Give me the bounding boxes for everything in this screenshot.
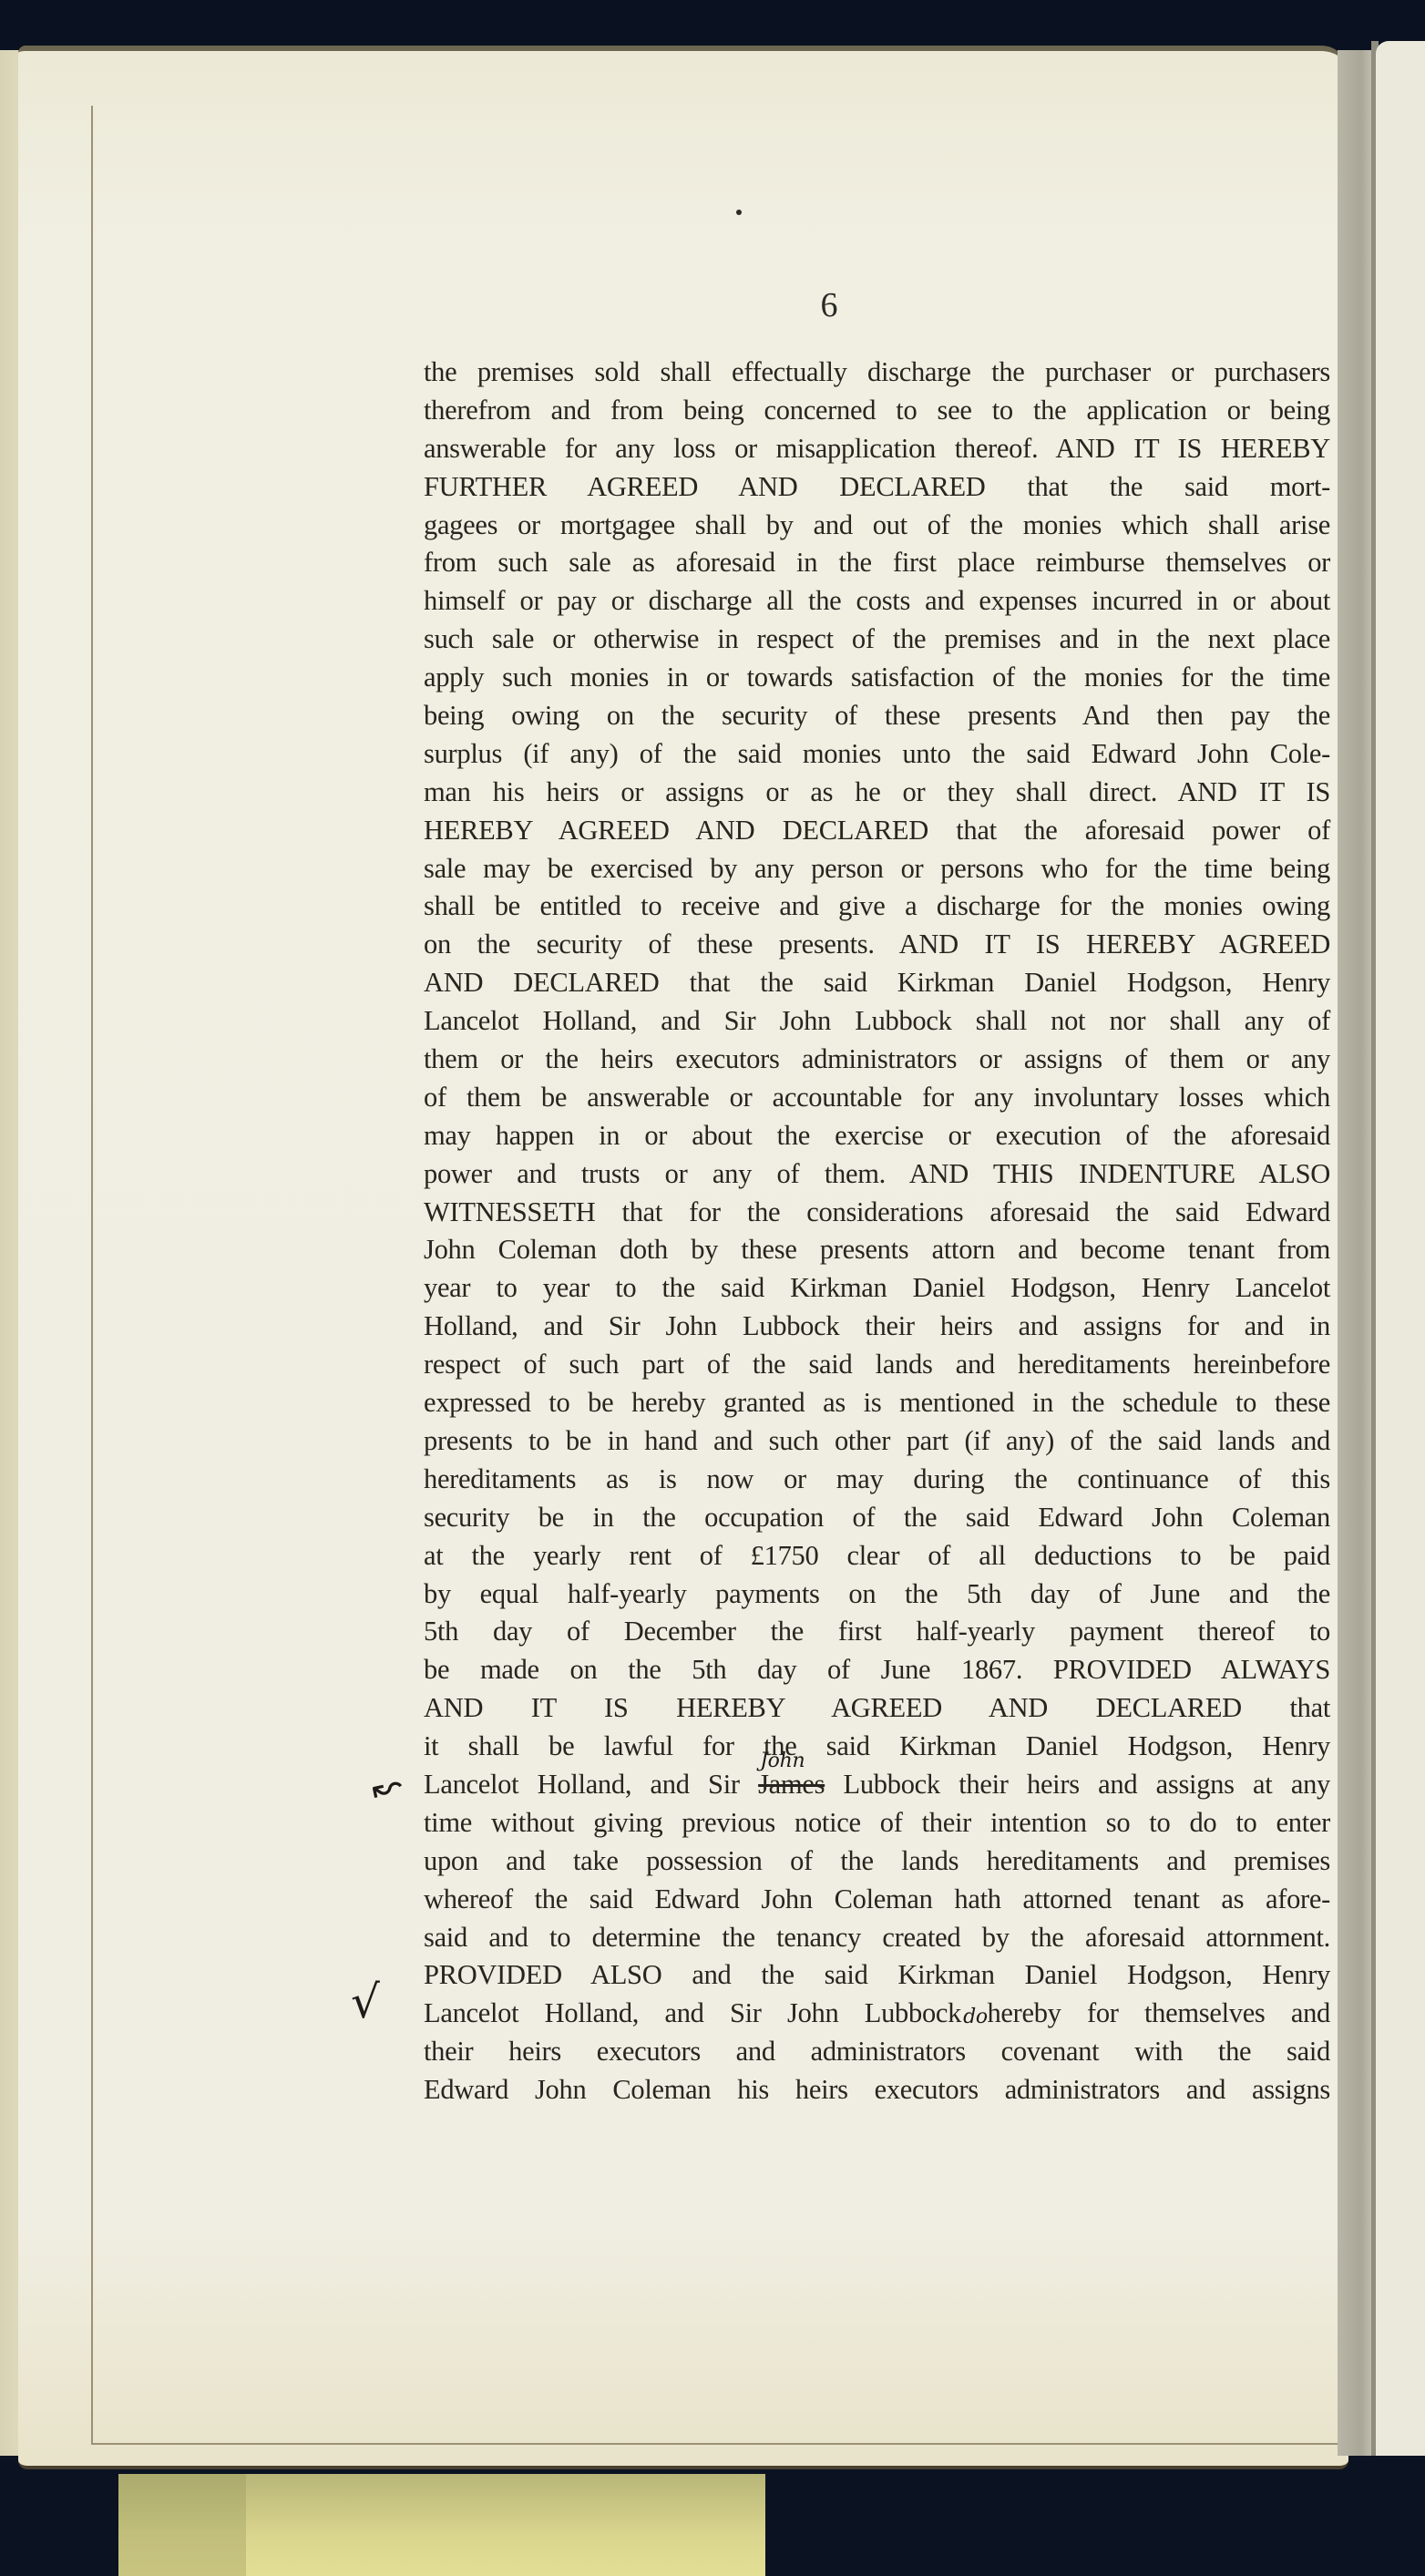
- inserted-word: John: [760, 1742, 805, 1781]
- text-line: Edward John Coleman his heirs executors …: [424, 2071, 1330, 2109]
- text-line: upon and take possession of the lands he…: [424, 1842, 1330, 1881]
- text-line: such sale or otherwise in respect of the…: [424, 621, 1330, 659]
- text-line: expressed to be hereby granted as is men…: [424, 1384, 1330, 1422]
- handwritten-correction: JohnJames: [758, 1766, 825, 1804]
- amended-line-before: Lancelot Holland, and Sir: [424, 1769, 758, 1800]
- inserted-word: do: [963, 1998, 988, 2037]
- book-gutter: [1338, 50, 1376, 2456]
- amended-line-after: Lubbock their heirs and assigns at any: [825, 1769, 1330, 1800]
- text-line: on the security of these presents. AND I…: [424, 926, 1330, 964]
- text-line: it shall be lawful for the said Kirkman …: [424, 1728, 1330, 1766]
- text-line: shall be entitled to receive and give a …: [424, 888, 1330, 926]
- text-line: their heirs executors and administrators…: [424, 2033, 1330, 2071]
- text-line: WITNESSETH that for the considerations a…: [424, 1194, 1330, 1232]
- amended-line-after: hereby for themselves and: [961, 1997, 1330, 2028]
- text-line: said and to determine the tenancy create…: [424, 1919, 1330, 1957]
- facing-page-edge: [1376, 41, 1425, 2456]
- text-line: answerable for any loss or misapplicatio…: [424, 430, 1330, 468]
- text-line: himself or pay or discharge all the cost…: [424, 582, 1330, 621]
- text-line: respect of such part of the said lands a…: [424, 1346, 1330, 1384]
- text-line: hereditaments as is now or may during th…: [424, 1461, 1330, 1499]
- page-number: 6: [811, 285, 847, 325]
- text-line: John Coleman doth by these presents atto…: [424, 1231, 1330, 1269]
- text-line: whereof the said Edward John Coleman hat…: [424, 1881, 1330, 1919]
- text-line: AND IT IS HEREBY AGREED AND DECLARED tha…: [424, 1689, 1330, 1728]
- text-line: therefrom and from being concerned to se…: [424, 392, 1330, 430]
- text-line: HEREBY AGREED AND DECLARED that the afor…: [424, 812, 1330, 850]
- text-line: time without giving previous notice of t…: [424, 1804, 1330, 1842]
- text-line: by equal half-yearly payments on the 5th…: [424, 1575, 1330, 1614]
- ink-spot: [736, 210, 742, 215]
- text-line: 5th day of December the first half-yearl…: [424, 1613, 1330, 1651]
- text-line: of them be answerable or accountable for…: [424, 1079, 1330, 1117]
- yellow-paper-slip: [118, 2474, 765, 2576]
- text-line: AND DECLARED that the said Kirkman Danie…: [424, 964, 1330, 1002]
- text-line: apply such monies in or towards satisfac…: [424, 659, 1330, 697]
- text-line: PROVIDED ALSO and the said Kirkman Danie…: [424, 1956, 1330, 1995]
- text-line: from such sale as aforesaid in the first…: [424, 544, 1330, 582]
- text-line: be made on the 5th day of June 1867. PRO…: [424, 1651, 1330, 1689]
- text-line: year to year to the said Kirkman Daniel …: [424, 1269, 1330, 1308]
- text-line: being owing on the security of these pre…: [424, 697, 1330, 735]
- text-line: presents to be in hand and such other pa…: [424, 1422, 1330, 1461]
- text-line: man his heirs or assigns or as he or the…: [424, 774, 1330, 812]
- text-line: them or the heirs executors administrato…: [424, 1041, 1330, 1079]
- text-line: may happen in or about the exercise or e…: [424, 1117, 1330, 1155]
- document-body: the premises sold shall effectually disc…: [424, 354, 1330, 2109]
- text-line: at the yearly rent of £1750 clear of all…: [424, 1537, 1330, 1575]
- text-line: surplus (if any) of the said monies unto…: [424, 735, 1330, 774]
- text-line: gagees or mortgagee shall by and out of …: [424, 507, 1330, 545]
- text-line: FURTHER AGREED AND DECLARED that the sai…: [424, 468, 1330, 507]
- text-line: power and trusts or any of them. AND THI…: [424, 1155, 1330, 1194]
- text-line: security be in the occupation of the sai…: [424, 1499, 1330, 1537]
- slip-shadow: [118, 2474, 246, 2576]
- text-line-amended: Lancelot Holland, and Sir JohnJames Lubb…: [424, 1766, 1330, 1804]
- amended-line-before: Lancelot Holland, and Sir John Lubbock: [424, 1997, 961, 2028]
- margin-check-mark-icon: √: [351, 1976, 380, 2028]
- text-line-amended: Lancelot Holland, and Sir John Lubbockdo…: [424, 1995, 1330, 2033]
- text-line: Holland, and Sir John Lubbock their heir…: [424, 1308, 1330, 1346]
- text-line: the premises sold shall effectually disc…: [424, 354, 1330, 392]
- text-line: Lancelot Holland, and Sir John Lubbock s…: [424, 1002, 1330, 1041]
- text-line: sale may be exercised by any person or p…: [424, 850, 1330, 888]
